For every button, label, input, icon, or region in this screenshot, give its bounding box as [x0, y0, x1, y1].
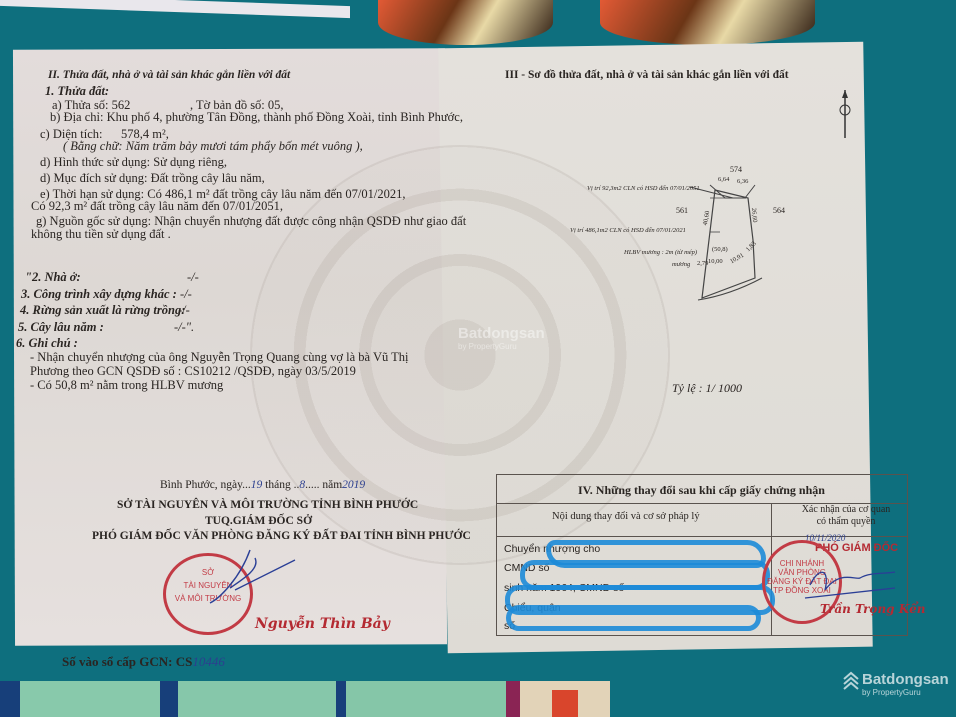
label-cln-2021: Vị trí 486,1m2 CLN có HSD đến 07/01/2021 — [570, 228, 686, 235]
land-origin-line-1: g) Nguồn gốc sử dụng: Nhận chuyển nhượng… — [36, 215, 466, 228]
column-header-confirm-1: Xác nhận của cơ quan — [790, 505, 902, 515]
authority-line-1: SỞ TÀI NGUYÊN VÀ MÔI TRƯỜNG TỈNH BÌNH PH… — [117, 500, 418, 512]
subsection-1-title: 1. Thửa đất: — [45, 85, 109, 98]
neighbor-parcel-564: 564 — [773, 207, 785, 215]
note-2: - Có 50,8 m² nằm trong HLBV mương — [30, 379, 223, 392]
notes-label: 6. Ghi chú : — [16, 337, 78, 350]
item-3-value: -/- — [180, 288, 192, 301]
item-4-value: -/- — [178, 304, 190, 317]
watermark-brand: Batdongsan — [458, 325, 545, 342]
watermark-sub: by PropertyGuru — [862, 688, 949, 697]
date-year: 2019 — [342, 479, 365, 491]
area-in-words: ( Bằng chữ: Năm trăm bảy mươi tám phẩy b… — [63, 140, 363, 153]
date-day: 19 — [251, 479, 263, 491]
redaction-scribble — [506, 605, 761, 631]
authority-line-3: PHÓ GIÁM ĐỐC VĂN PHÒNG ĐĂNG KÝ ĐẤT ĐAI T… — [92, 531, 471, 543]
edge-length: 2,79 — [697, 261, 708, 268]
decorative-bird-left — [378, 0, 553, 45]
flashcard-strip — [168, 681, 348, 717]
item-5-value: -/-". — [174, 321, 194, 334]
date-year-prefix: ..... năm — [305, 479, 342, 491]
label-hlbv: HLBV mương : 2m (từ mép) — [624, 250, 697, 257]
corridor-area: (50,8) — [712, 247, 728, 254]
usage-purpose: d) Mục đích sử dụng: Đất trồng cây lâu n… — [40, 172, 265, 185]
column-header-confirm-2: có thẩm quyền — [790, 517, 902, 527]
note-1-line-2: Phương theo GCN QSDĐ số : CS10212 /QSDĐ,… — [30, 365, 356, 378]
edge-length: 6,36 — [737, 179, 748, 186]
watermark-sub: by PropertyGuru — [458, 342, 545, 351]
confirm-signer: Trần Trọng Kển — [820, 603, 926, 615]
authority-line-2: TUQ.GIÁM ĐỐC SỞ — [205, 516, 312, 528]
map-scale: Tỷ lệ : 1/ 1000 — [672, 382, 742, 394]
flashcard-strip — [336, 681, 516, 717]
north-arrow-icon — [838, 90, 852, 140]
watermark-center: Batdongsan by PropertyGuru — [458, 325, 545, 351]
label-cln-2051: Vị trí 92,3m2 CLN có HSD đến 07/01/2051 — [587, 186, 700, 193]
background-paper — [0, 0, 350, 18]
changes-table-title: IV. Những thay đổi sau khi cấp giấy chứn… — [578, 484, 825, 496]
section-ii-title: II. Thửa đất, nhà ở và tài sản khác gắn … — [48, 70, 290, 82]
item-2-value: -/- — [187, 271, 199, 284]
batdongsan-logo-icon — [842, 670, 860, 690]
usage-form: d) Hình thức sử dụng: Sử dụng riêng, — [40, 156, 227, 169]
watermark-corner: Batdongsan by PropertyGuru — [862, 671, 949, 697]
registry-value: 10446 — [192, 654, 225, 669]
decorative-bird-right — [600, 0, 815, 45]
registry-label: Số vào sổ cấp GCN: CS — [62, 654, 192, 669]
signature-left — [200, 548, 300, 608]
edge-length: 10,00 — [708, 259, 723, 266]
flashcard-strip — [20, 681, 160, 717]
registry-number: Số vào sổ cấp GCN: CS10446 — [62, 655, 225, 668]
signer-name: Nguyễn Thìn Bảy — [255, 617, 390, 631]
neighbor-parcel-561: 561 — [676, 207, 688, 215]
label-canal: mương — [672, 262, 690, 269]
land-origin-line-2: không thu tiền sử dụng đất . — [31, 228, 171, 241]
item-2-label: "2. Nhà ở: — [25, 271, 81, 284]
date-month-prefix: tháng .. — [262, 479, 299, 491]
edge-length: 26,60 — [749, 208, 757, 223]
address: b) Địa chỉ: Khu phố 4, phường Tân Đồng, … — [50, 111, 463, 124]
plus-icon — [552, 690, 578, 717]
signature-right — [800, 560, 900, 600]
note-1-line-1: - Nhận chuyển nhượng của ông Nguyễn Trọn… — [30, 351, 409, 364]
section-iii-title: III - Sơ đồ thửa đất, nhà ở và tài sản k… — [505, 70, 789, 82]
issue-date-line: Bình Phước, ngày...19 tháng ..8..... năm… — [160, 480, 365, 492]
usage-term-2: Có 92,3 m² đất trồng cây lâu năm đến 07/… — [31, 200, 283, 213]
item-5-label: 5. Cây lâu năm : — [18, 321, 104, 334]
item-3-label: 3. Công trình xây dựng khác : — [21, 288, 177, 301]
column-header-content: Nội dung thay đổi và cơ sở pháp lý — [552, 512, 700, 523]
watermark-brand: Batdongsan — [862, 671, 949, 688]
neighbor-parcel-574: 574 — [730, 166, 742, 174]
edge-length: 6,64 — [718, 177, 729, 184]
item-4-label: 4. Rừng sản xuất là rừng trồng: — [20, 304, 185, 317]
date-prefix: Bình Phước, ngày... — [160, 479, 251, 491]
